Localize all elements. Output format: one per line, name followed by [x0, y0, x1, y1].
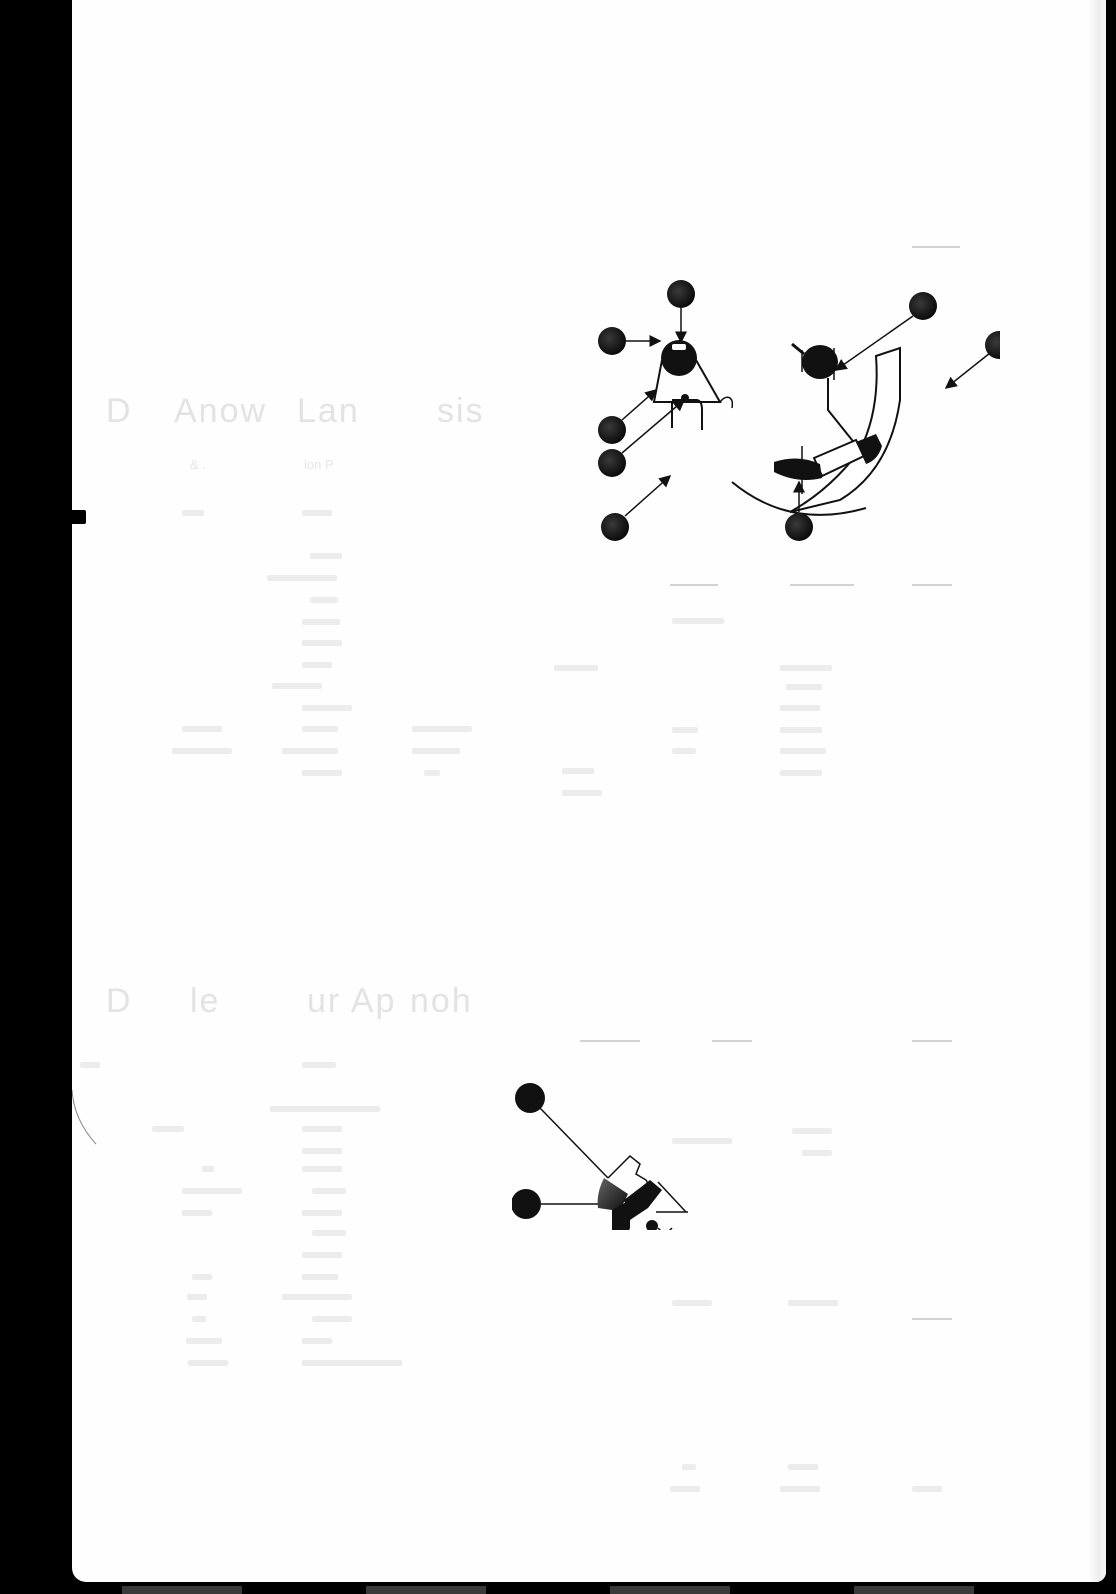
callout-dot — [598, 327, 626, 355]
callout-dot — [667, 280, 695, 308]
callout-dot — [598, 449, 626, 477]
anatomy-diagram-bottom — [512, 1070, 752, 1230]
section-1-subheading-part: & . — [190, 457, 206, 472]
rule — [790, 584, 854, 586]
rule — [912, 1040, 952, 1042]
callout-dot — [601, 513, 629, 541]
section-1-heading-part: Lan — [297, 392, 360, 431]
rule — [912, 1318, 952, 1320]
rule — [912, 246, 960, 248]
section-2-heading-part: le — [190, 982, 220, 1021]
scan-artifact-curve — [72, 1090, 112, 1170]
scanned-page: D Anow Lan sis & . ion P — [72, 0, 1106, 1582]
callout-dot — [909, 292, 937, 320]
section-1-heading-part: Anow — [174, 392, 267, 431]
section-1-heading-part: D — [106, 392, 133, 431]
anatomy-diagram-top — [560, 250, 1000, 570]
section-2-heading-part: noh — [410, 982, 473, 1021]
rule — [712, 1040, 752, 1042]
section-2-heading-part: ur Ap — [307, 982, 396, 1021]
rule — [580, 1040, 640, 1042]
callout-dot — [785, 513, 813, 541]
bottom-edge — [0, 1582, 1116, 1594]
rule — [912, 584, 952, 586]
callout-dot — [512, 1189, 541, 1219]
section-1-subheading-part: ion P — [304, 457, 334, 472]
page-edge-shadow — [1088, 0, 1106, 1582]
callout-dot — [598, 416, 626, 444]
section-1-heading-part: sis — [437, 392, 485, 431]
section-2-heading-part: D — [106, 982, 133, 1021]
binding-tab — [64, 510, 86, 524]
rule — [670, 584, 718, 586]
